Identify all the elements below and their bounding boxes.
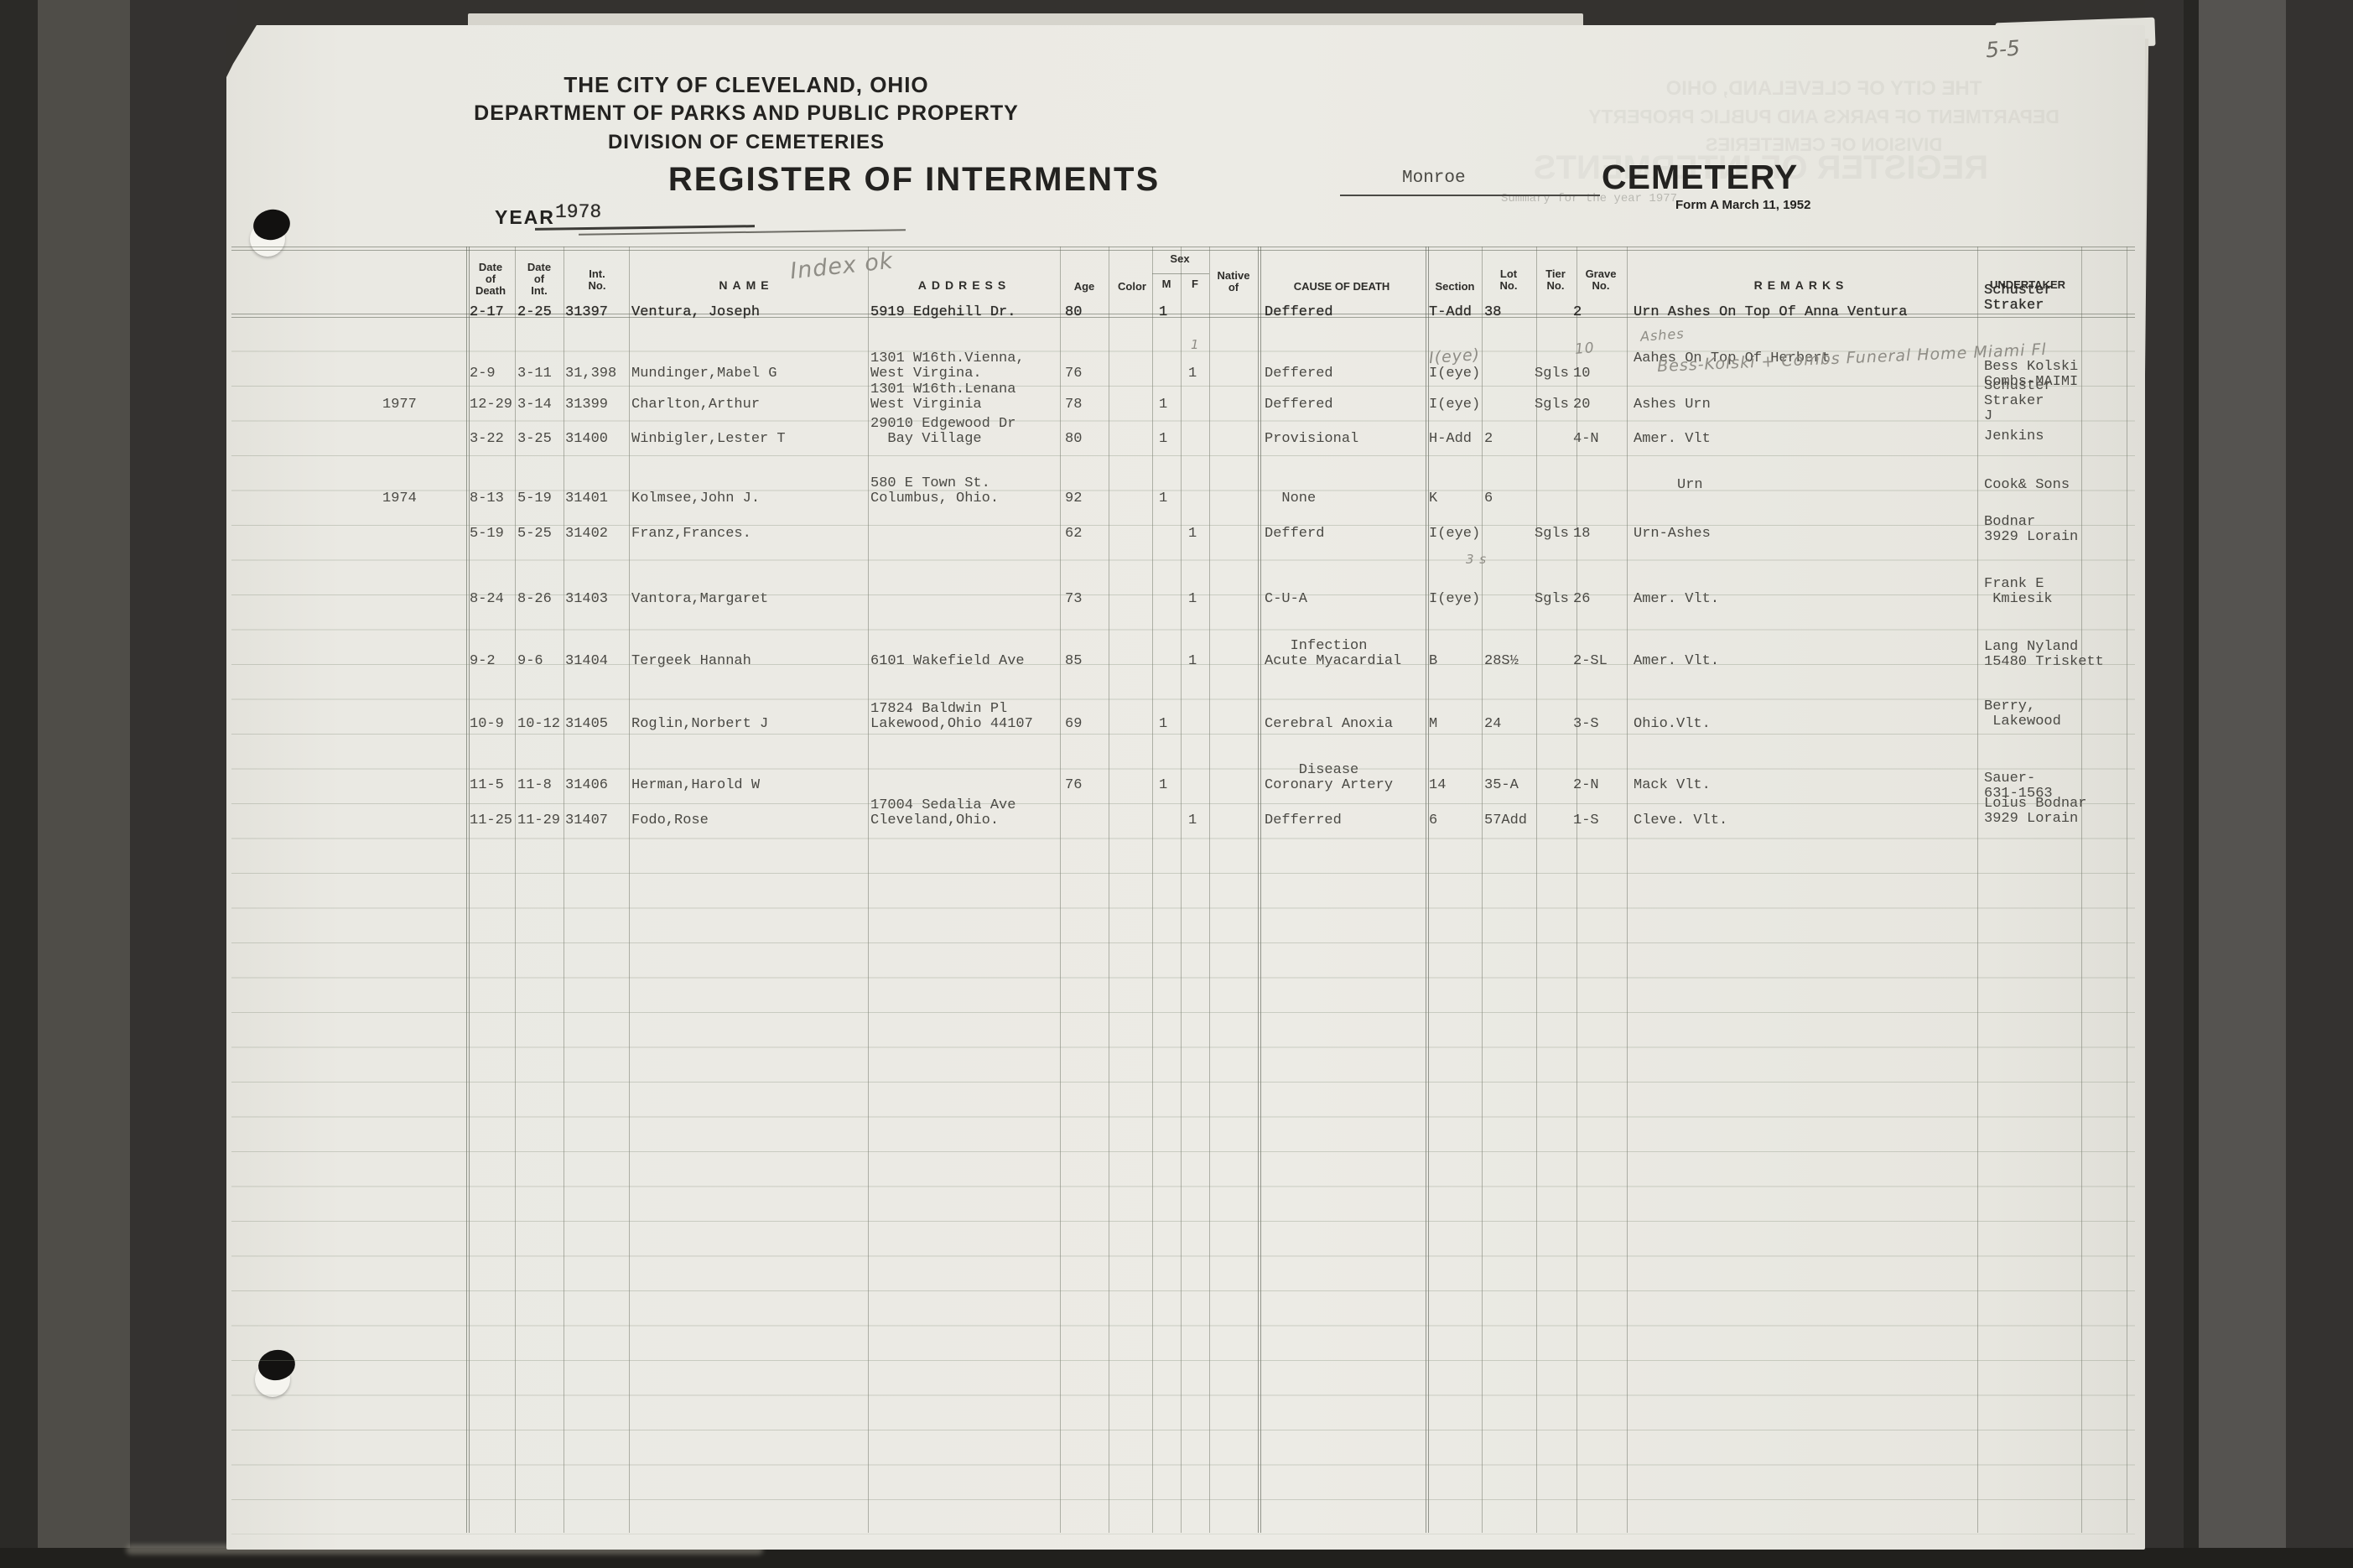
ruled-lines — [231, 317, 2135, 1534]
column-header-age: Age — [1074, 281, 1095, 293]
column-header-tier: Tier No. — [1545, 268, 1566, 292]
scanner-band-right-inner — [2145, 0, 2184, 1568]
scanner-band-right-dark — [2184, 0, 2199, 1568]
column-header-address: ADDRESS — [918, 279, 1010, 291]
register-page: THE CITY OF CLEVELAND, OHIO DEPARTMENT O… — [226, 25, 2145, 1550]
column-header-grave: Grave No. — [1586, 268, 1617, 292]
column-header-date_of_int: Date of Int. — [527, 262, 551, 297]
column-header-remarks: REMARKS — [1754, 279, 1849, 291]
column-header-native_of: Native of — [1217, 270, 1249, 293]
column-header-section: Section — [1436, 281, 1475, 293]
column-header-sex-f: F — [1192, 278, 1198, 290]
column-header-cause: CAUSE OF DEATH — [1294, 281, 1390, 293]
annotation-index-ok: Index ok — [789, 248, 895, 285]
column-header-color: Color — [1118, 281, 1146, 293]
scanner-band-left-texture — [38, 0, 130, 1568]
column-header-sex-m: M — [1162, 278, 1171, 290]
scanner-band-left-outer — [0, 0, 38, 1568]
scanner-band-right-outer — [2286, 0, 2353, 1568]
table-border-line — [231, 250, 2135, 251]
cell-undertaker-row1: Schuster Straker — [1984, 283, 2053, 314]
scanned-register-screenshot: { "page_number": "5-5", "header": { "org… — [0, 0, 2353, 1568]
scanner-band-left-inner — [130, 0, 237, 1568]
scanner-band-right-texture — [2199, 0, 2286, 1568]
table-border-line — [231, 247, 2135, 247]
column-header-lot: Lot No. — [1500, 268, 1518, 292]
column-header-sex: Sex — [1170, 253, 1189, 265]
column-header-date_of_death: Date of Death — [475, 262, 506, 297]
column-header-name: NAME — [719, 279, 773, 291]
sex-subheader-line — [1152, 273, 1209, 274]
column-header-int_no: Int. No. — [589, 268, 606, 292]
